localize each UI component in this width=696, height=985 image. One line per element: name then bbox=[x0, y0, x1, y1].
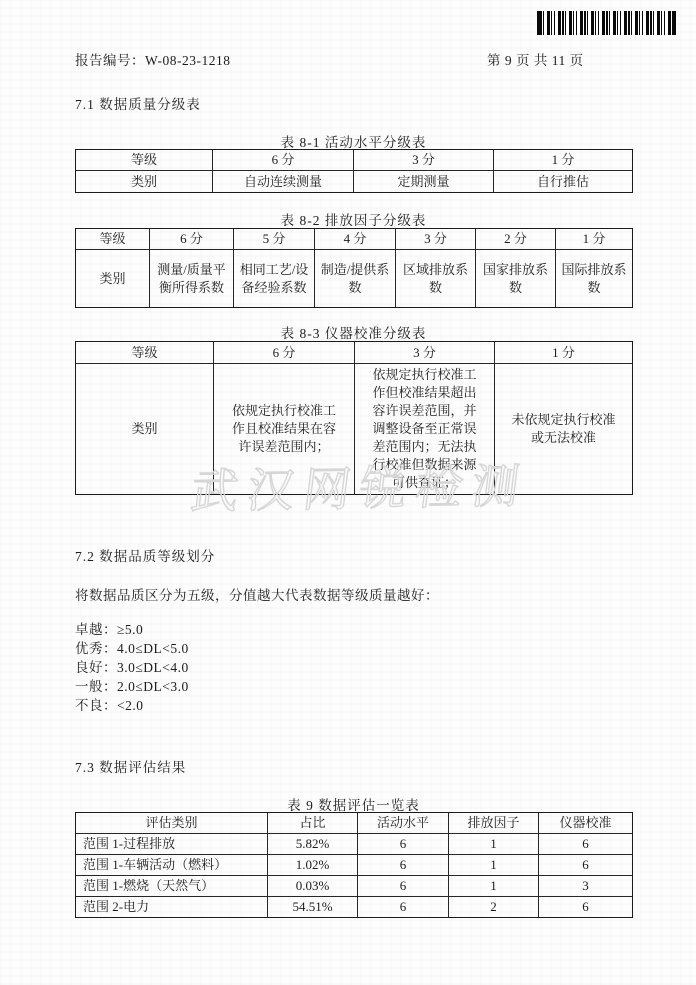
table-cell: 范围 1-燃烧（天然气） bbox=[76, 876, 268, 897]
grade-item-fine: 优秀：4.0≤DL<5.0 bbox=[75, 639, 189, 658]
table-cell: 国家排放系数 bbox=[476, 250, 556, 308]
table-cell: 6 bbox=[539, 897, 633, 918]
table-cell: 1 分 bbox=[494, 150, 633, 171]
table-8-3-caption: 表 8-3 仪器校准分级表 bbox=[75, 322, 632, 342]
table-cell: 区域排放系数 bbox=[396, 250, 476, 308]
table-row: 范围 2-电力 54.51% 6 2 6 bbox=[76, 897, 633, 918]
page-number: 第 9 页 共 11 页 bbox=[487, 49, 584, 69]
table-8-2: 等级 6 分 5 分 4 分 3 分 2 分 1 分 类别 测量/质量平衡所得系… bbox=[75, 228, 633, 308]
table-cell: 范围 1-车辆活动（燃料） bbox=[76, 855, 268, 876]
table-cell: 6 bbox=[358, 834, 449, 855]
barcode-icon bbox=[537, 11, 676, 35]
table-9: 评估类别 占比 活动水平 排放因子 仪器校准 范围 1-过程排放 5.82% 6… bbox=[75, 812, 633, 918]
table-cell: 3 分 bbox=[355, 342, 495, 364]
table-cell: 类别 bbox=[76, 171, 213, 193]
table-cell: 2 分 bbox=[476, 229, 556, 250]
table-cell: 测量/质量平衡所得系数 bbox=[150, 250, 234, 308]
table-cell: 4 分 bbox=[315, 229, 396, 250]
table-row: 范围 1-过程排放 5.82% 6 1 6 bbox=[76, 834, 633, 855]
report-page: 报告编号：W-08-23-1218 第 9 页 共 11 页 7.1 数据质量分… bbox=[0, 0, 696, 985]
table-cell: 1 bbox=[449, 855, 539, 876]
table-cell: 范围 2-电力 bbox=[76, 897, 268, 918]
table-cell: 等级 bbox=[76, 229, 150, 250]
grade-intro-text: 将数据品质区分为五级，分值越大代表数据等级质量越好： bbox=[75, 584, 439, 604]
section-title-7-1: 7.1 数据质量分级表 bbox=[75, 93, 201, 113]
table-cell: 6 bbox=[539, 834, 633, 855]
table-cell: 1 分 bbox=[495, 342, 633, 364]
table-row: 范围 1-燃烧（天然气） 0.03% 6 1 3 bbox=[76, 876, 633, 897]
table-cell: 类别 bbox=[76, 250, 150, 308]
table-row: 范围 1-车辆活动（燃料） 1.02% 6 1 6 bbox=[76, 855, 633, 876]
table-header-cell: 占比 bbox=[268, 813, 358, 834]
table-cell: 6 bbox=[358, 897, 449, 918]
table-cell: 3 分 bbox=[354, 150, 494, 171]
table-cell: 3 bbox=[539, 876, 633, 897]
grade-item-excellent: 卓越：≥5.0 bbox=[75, 620, 189, 639]
table-cell: 自行推估 bbox=[494, 171, 633, 193]
grade-item-good: 良好：3.0≤DL<4.0 bbox=[75, 658, 189, 677]
table-cell: 6 分 bbox=[214, 342, 355, 364]
table-cell: 6 分 bbox=[213, 150, 354, 171]
table-9-caption: 表 9 数据评估一览表 bbox=[75, 794, 632, 814]
table-cell: 制造/提供系数 bbox=[315, 250, 396, 308]
section-title-7-3: 7.3 数据评估结果 bbox=[75, 756, 186, 776]
table-cell: 5 分 bbox=[234, 229, 315, 250]
report-number: 报告编号：W-08-23-1218 bbox=[75, 49, 230, 69]
table-cell: 定期测量 bbox=[354, 171, 494, 193]
table-header-cell: 评估类别 bbox=[76, 813, 268, 834]
table-cell: 1 bbox=[449, 876, 539, 897]
table-8-1-caption: 表 8-1 活动水平分级表 bbox=[75, 131, 632, 151]
table-cell: 6 分 bbox=[150, 229, 234, 250]
table-cell: 等级 bbox=[76, 342, 214, 364]
table-cell: 1 bbox=[449, 834, 539, 855]
table-8-1: 等级 6 分 3 分 1 分 类别 自动连续测量 定期测量 自行推估 bbox=[75, 149, 633, 193]
table-cell: 国际排放系数 bbox=[556, 250, 633, 308]
table-cell: 自动连续测量 bbox=[213, 171, 354, 193]
table-cell: 6 bbox=[358, 855, 449, 876]
table-cell: 1.02% bbox=[268, 855, 358, 876]
grade-item-bad: 不良：<2.0 bbox=[75, 696, 189, 715]
table-header-cell: 活动水平 bbox=[358, 813, 449, 834]
table-cell: 2 bbox=[449, 897, 539, 918]
grade-list: 卓越：≥5.0 优秀：4.0≤DL<5.0 良好：3.0≤DL<4.0 一般：2… bbox=[75, 620, 189, 715]
table-cell: 0.03% bbox=[268, 876, 358, 897]
table-header-cell: 排放因子 bbox=[449, 813, 539, 834]
table-cell: 1 分 bbox=[556, 229, 633, 250]
watermark: 武汉网锐检测 bbox=[187, 449, 532, 522]
section-title-7-2: 7.2 数据品质等级划分 bbox=[75, 545, 215, 565]
table-cell: 6 bbox=[539, 855, 633, 876]
table-8-2-caption: 表 8-2 排放因子分级表 bbox=[75, 209, 632, 229]
table-cell: 范围 1-过程排放 bbox=[76, 834, 268, 855]
table-cell: 3 分 bbox=[396, 229, 476, 250]
table-cell: 5.82% bbox=[268, 834, 358, 855]
table-header-cell: 仪器校准 bbox=[539, 813, 633, 834]
grade-item-normal: 一般：2.0≤DL<3.0 bbox=[75, 677, 189, 696]
table-cell: 54.51% bbox=[268, 897, 358, 918]
table-cell: 等级 bbox=[76, 150, 213, 171]
table-cell: 6 bbox=[358, 876, 449, 897]
table-cell: 相同工艺/设备经验系数 bbox=[234, 250, 315, 308]
